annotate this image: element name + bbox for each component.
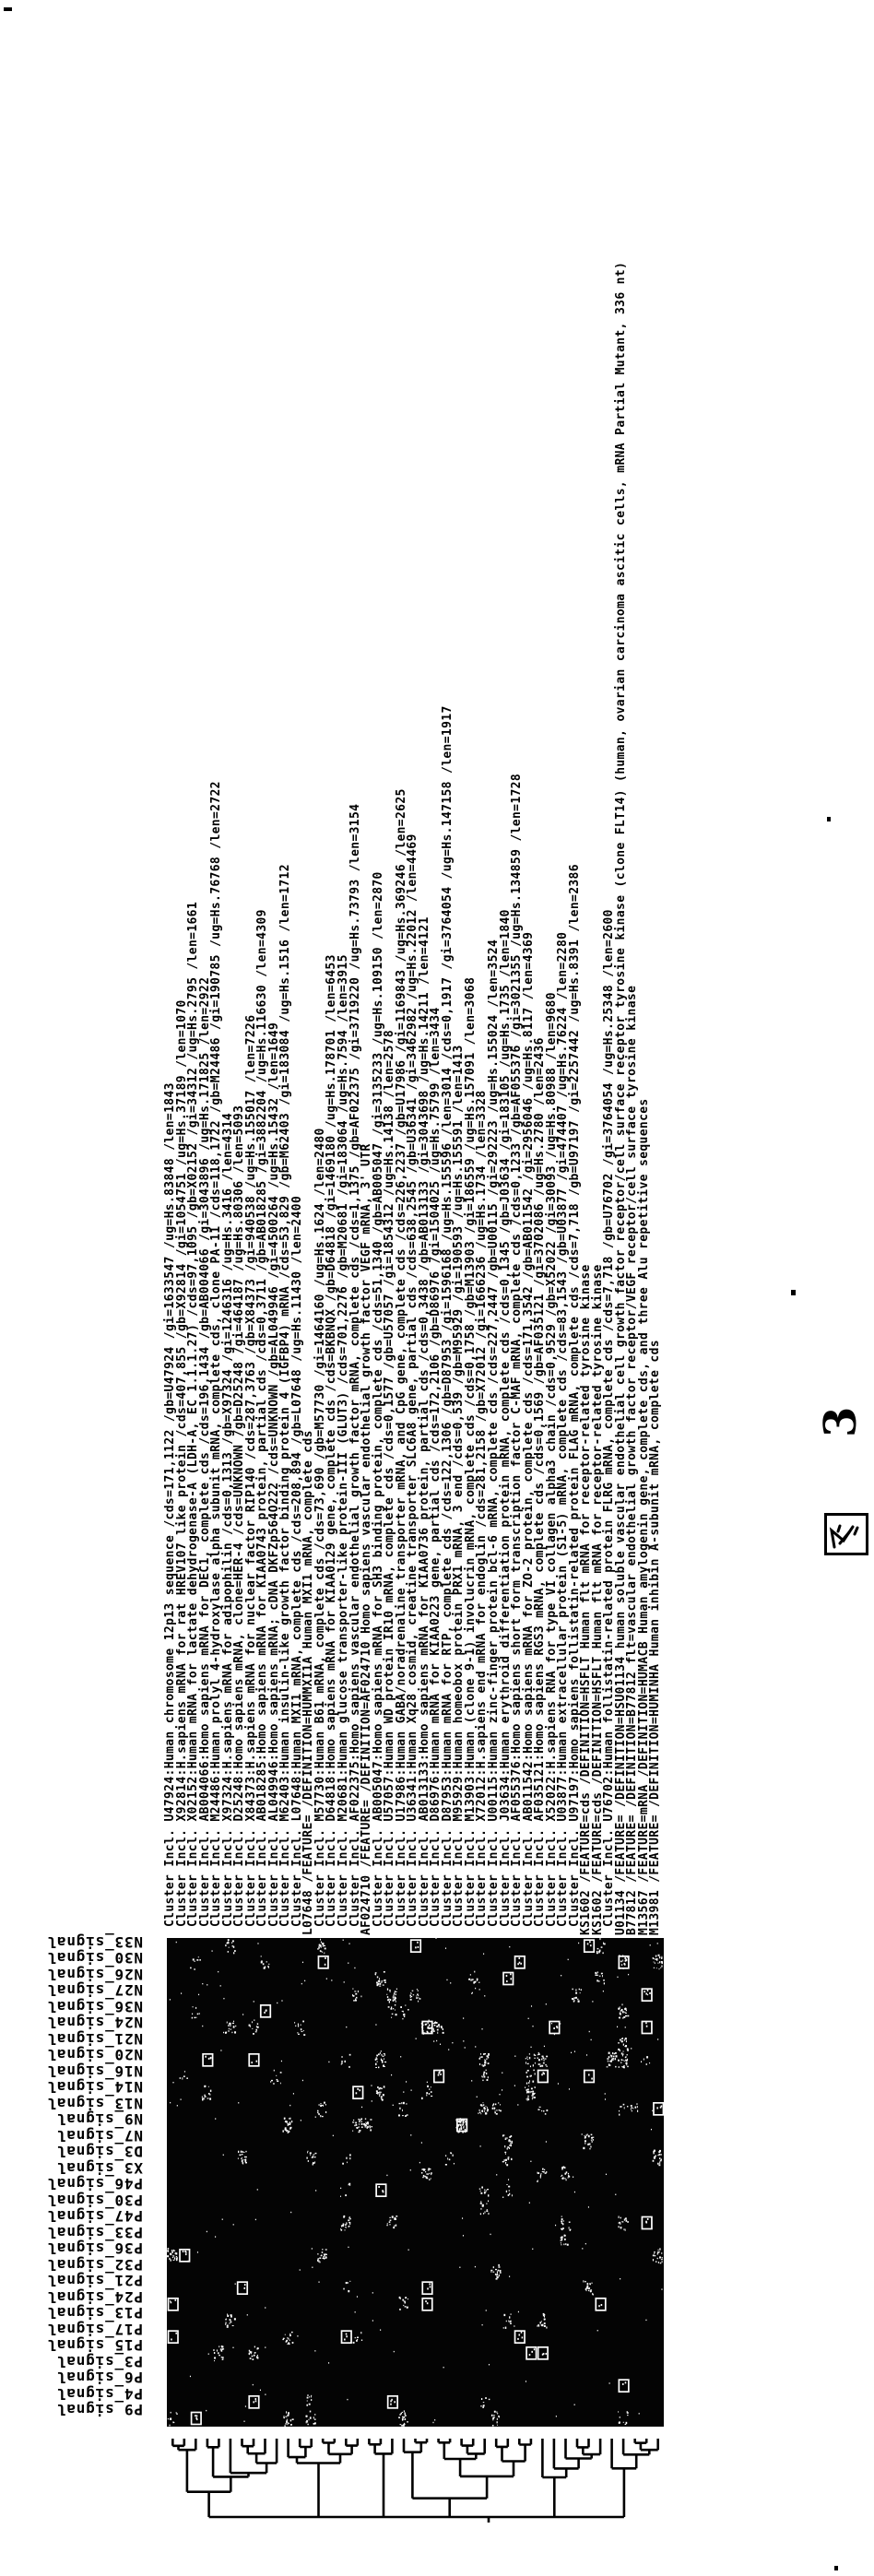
sample-label: N26_signal xyxy=(18,1966,143,1982)
sample-label: N21_signal xyxy=(18,2030,143,2047)
scan-speck xyxy=(4,7,12,11)
scanned-patent-page: N33_signalN30_signalN26_signalN27_signal… xyxy=(0,0,874,2576)
sample-label: P13_signal xyxy=(18,2305,143,2322)
sample-label: P3_signal xyxy=(18,2353,143,2369)
sample-label: N33_signal xyxy=(18,1933,143,1950)
figure-label: 图 3 xyxy=(817,1353,870,1555)
sample-label: N7_signal xyxy=(18,2127,143,2144)
figure-label-hanzi-box: 图 xyxy=(824,1513,868,1555)
sample-label: P46_signal xyxy=(18,2176,143,2192)
sample-label: N36_signal xyxy=(18,1998,143,2015)
sample-label: P36_signal xyxy=(18,2240,143,2257)
scan-speck xyxy=(791,1290,796,1295)
scan-speck xyxy=(834,2566,838,2570)
sample-label: P4_signal xyxy=(18,2385,143,2402)
sample-label: P32_signal xyxy=(18,2256,143,2273)
sample-label: N30_signal xyxy=(18,1950,143,1967)
sample-label: D3_signal xyxy=(18,2144,143,2160)
sample-label: P21_signal xyxy=(18,2273,143,2289)
sample-label: P24_signal xyxy=(18,2288,143,2305)
sample-label: N9_signal xyxy=(18,2111,143,2128)
sample-label: N20_signal xyxy=(18,2047,143,2063)
sample-label: P30_signal xyxy=(18,2192,143,2208)
sample-label: P33_signal xyxy=(18,2224,143,2240)
sample-label: N16_signal xyxy=(18,2062,143,2079)
sample-label: N24_signal xyxy=(18,2015,143,2031)
sample-label: P15_signal xyxy=(18,2337,143,2354)
figure-number: 3 xyxy=(817,1407,865,1437)
hanzi-tu-strokes xyxy=(827,1521,860,1553)
sample-label: P17_signal xyxy=(18,2321,143,2337)
sample-label: P9_signal xyxy=(18,2402,143,2418)
gene-cluster-dendrogram xyxy=(0,2419,874,2576)
scan-speck xyxy=(827,817,831,821)
dendrogram-branches xyxy=(172,2439,657,2523)
expression-heatmap xyxy=(167,1938,664,2427)
sample-label: X3_signal xyxy=(18,2159,143,2176)
sample-label: N27_signal xyxy=(18,1982,143,1999)
sample-label: N13_signal xyxy=(18,2095,143,2111)
sample-label: P6_signal xyxy=(18,2369,143,2386)
sample-label: P47_signal xyxy=(18,2208,143,2225)
figure-3-landscape-content: N33_signalN30_signalN26_signalN27_signal… xyxy=(0,0,874,2576)
gene-annotation-line: M13981 /FEATURE= /DEFINITION=HUMINHA Hum… xyxy=(650,1340,661,1935)
sample-label: N14_signal xyxy=(18,2079,143,2096)
